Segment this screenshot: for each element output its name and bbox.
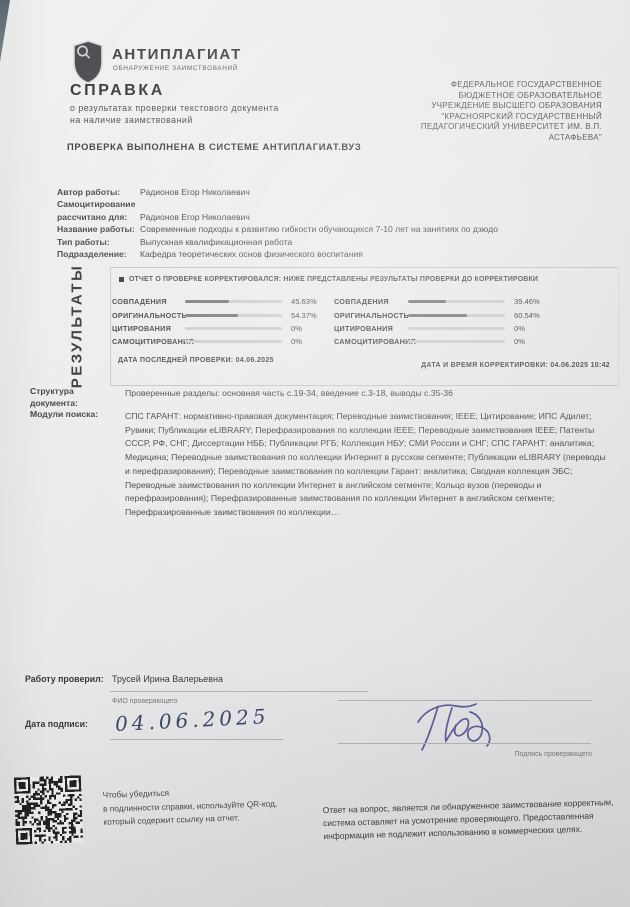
correction-notice-text: ОТЧЕТ О ПРОВЕРКЕ КОРРЕКТИРОВАЛСЯ: НИЖЕ П… [129, 276, 538, 283]
info-value: Выпускная квалификационная работа [140, 236, 613, 248]
metric-value: 39.46% [514, 297, 540, 306]
structure-value: Проверенные разделы: основная часть с.19… [125, 388, 607, 398]
metric-value: 0% [291, 337, 302, 346]
metric-value: 60.54% [514, 311, 540, 320]
progress-track [408, 300, 505, 303]
page-subtitle: о результатах проверки текстового докуме… [70, 103, 279, 126]
logo-title: АНТИПЛАГИАТ [112, 46, 242, 63]
info-label: Автор работы: [57, 186, 140, 198]
info-row-selfcite-2: рассчитано для: Радионов Егор Николаевич [57, 211, 613, 223]
results-section-label: РЕЗУЛЬТАТЫ [69, 264, 86, 389]
signature-underline [338, 743, 591, 744]
notice-square-icon [119, 277, 124, 282]
document-info-block: Автор работы: Радионов Егор Николаевич С… [57, 186, 613, 260]
institution-name: ФЕДЕРАЛЬНОЕ ГОСУДАРСТВЕННОЕ БЮДЖЕТНОЕ ОБ… [320, 80, 602, 144]
progress-track [185, 314, 282, 317]
last-check-date: ДАТА ПОСЛЕДНЕЙ ПРОВЕРКИ: 04.06.2025 [118, 357, 274, 364]
result-row: ОРИГИНАЛЬНОСТЬ 54.37% [112, 308, 362, 321]
info-label: рассчитано для: [57, 211, 140, 223]
metric-value: 0% [514, 324, 525, 333]
info-row-department: Подразделение: Кафедра теоретических осн… [57, 248, 613, 260]
fio-underline [110, 691, 368, 692]
result-row: САМОЦИТИРОВАНИЯ 0% [112, 335, 362, 348]
info-label: Самоцитирование [57, 198, 140, 210]
progress-track [185, 300, 282, 303]
metric-value: 45.63% [291, 297, 317, 306]
progress-track [408, 314, 505, 317]
handwritten-signature [412, 694, 504, 758]
result-row: ОРИГИНАЛЬНОСТЬ 60.54% [334, 308, 584, 321]
date-underline [110, 739, 283, 740]
page-title: СПРАВКА [70, 82, 165, 100]
disclaimer-text: Ответ на вопрос, является ли обнаруженно… [323, 796, 622, 844]
structure-label: Структура документа: [30, 386, 78, 409]
result-row: ЦИТИРОВАНИЯ 0% [112, 322, 362, 335]
progress-fill [408, 300, 446, 303]
fio-caption: ФИО проверяющего [112, 698, 178, 705]
metric-label: ЦИТИРОВАНИЯ [334, 324, 408, 333]
results-column-left: СОВПАДЕНИЯ 45.63% ОРИГИНАЛЬНОСТЬ 54.37% … [112, 295, 362, 349]
antiplagiat-shield-logo-icon [71, 40, 105, 84]
system-check-line: ПРОВЕРКА ВЫПОЛНЕНА В СИСТЕМЕ АНТИПЛАГИАТ… [67, 141, 361, 152]
progress-track [185, 327, 282, 330]
info-row-author: Автор работы: Радионов Егор Николаевич [57, 186, 613, 198]
signature-date-label: Дата подписи: [25, 719, 88, 729]
result-row: ЦИТИРОВАНИЯ 0% [334, 322, 584, 335]
info-row-selfcite-1: Самоцитирование [57, 198, 613, 210]
info-value: Кафедра теоретических основ физического … [140, 248, 613, 260]
progress-fill [185, 314, 238, 317]
signature-caption: Подпись проверяющего [398, 751, 592, 758]
metric-label: САМОЦИТИРОВАНИЯ [112, 337, 185, 346]
modules-value: СПС ГАРАНТ: нормативно-правовая документ… [125, 410, 608, 520]
info-value: Современные подходы к развитию гибкости … [140, 223, 613, 235]
metric-label: ЦИТИРОВАНИЯ [112, 324, 185, 333]
qr-code [14, 770, 84, 850]
result-row: САМОЦИТИРОВАНИЯ 0% [334, 335, 584, 348]
qr-caption: Чтобы убедиться в подлинности справки, и… [102, 781, 343, 829]
progress-track [408, 340, 505, 343]
info-label: Название работы: [57, 223, 140, 235]
checked-by-name: Трусей Ирина Валерьевна [112, 674, 223, 684]
progress-track [185, 340, 282, 343]
info-row-type: Тип работы: Выпускная квалификационная р… [57, 236, 613, 248]
results-column-right: СОВПАДЕНИЯ 39.46% ОРИГИНАЛЬНОСТЬ 60.54% … [334, 295, 584, 349]
metric-label: СОВПАДЕНИЯ [334, 297, 408, 306]
info-row-title: Название работы: Современные подходы к р… [57, 223, 613, 235]
metric-label: ОРИГИНАЛЬНОСТЬ [334, 311, 408, 320]
progress-fill [408, 314, 467, 317]
document-photo: АНТИПЛАГИАТ ОБНАРУЖЕНИЕ ЗАИМСТВОВАНИЙ СП… [0, 0, 630, 907]
progress-fill [185, 300, 229, 303]
metric-value: 54.37% [291, 311, 317, 320]
metric-label: СОВПАДЕНИЯ [112, 297, 185, 306]
info-label: Тип работы: [57, 236, 140, 248]
checked-by-label: Работу проверил: [25, 674, 104, 684]
correction-datetime: ДАТА И ВРЕМЯ КОРРЕКТИРОВКИ: 04.06.2025 1… [300, 362, 610, 369]
logo-subtitle: ОБНАРУЖЕНИЕ ЗАИМСТВОВАНИЙ [113, 65, 238, 72]
modules-label: Модули поиска: [30, 409, 98, 419]
result-row: СОВПАДЕНИЯ 45.63% [112, 295, 362, 308]
result-row: СОВПАДЕНИЯ 39.46% [334, 295, 584, 308]
metric-label: САМОЦИТИРОВАНИЯ [334, 337, 408, 346]
info-value: Радионов Егор Николаевич [140, 211, 613, 223]
metric-value: 0% [291, 324, 302, 333]
info-value [140, 198, 613, 210]
progress-track [408, 327, 505, 330]
metric-label: ОРИГИНАЛЬНОСТЬ [112, 311, 185, 320]
handwritten-date: 04.06.2025 [114, 704, 270, 736]
info-value: Радионов Егор Николаевич [140, 186, 613, 198]
info-label: Подразделение: [57, 248, 140, 260]
photo-background-corner [0, 0, 10, 62]
correction-notice: ОТЧЕТ О ПРОВЕРКЕ КОРРЕКТИРОВАЛСЯ: НИЖЕ П… [119, 276, 611, 283]
metric-value: 0% [514, 337, 525, 346]
